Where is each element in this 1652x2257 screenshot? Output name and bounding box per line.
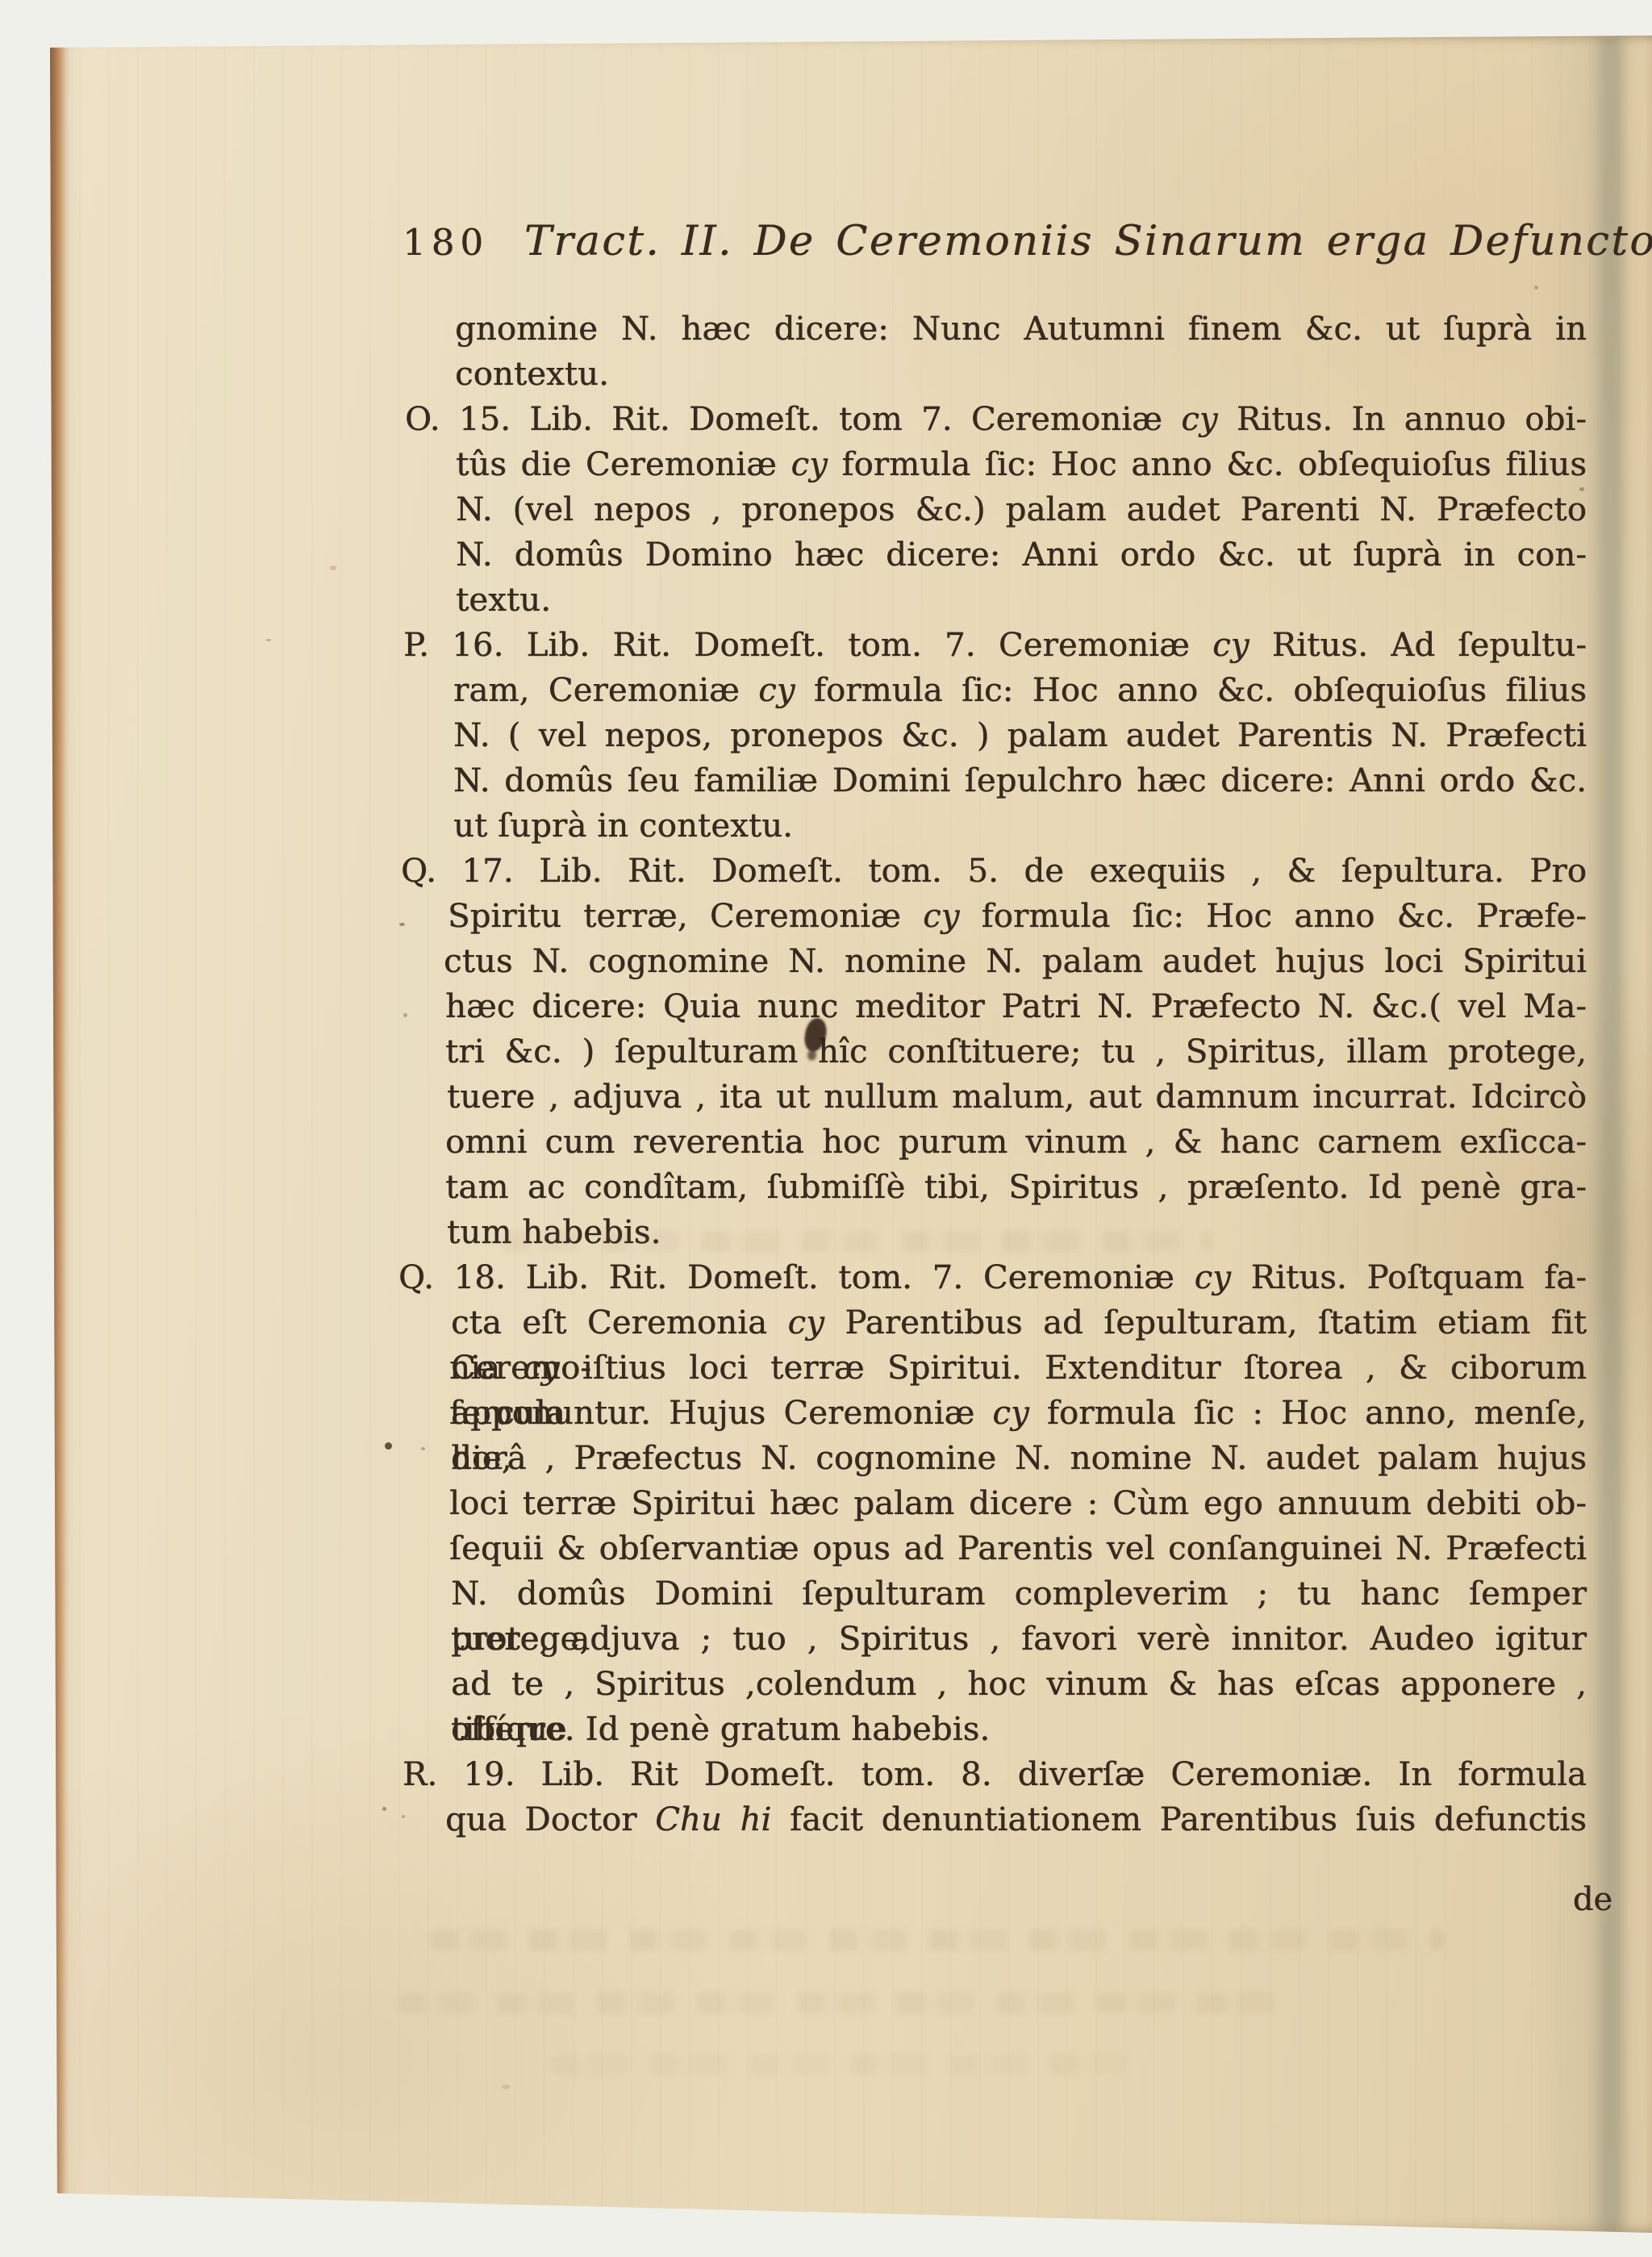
text-line: N. (vel nepos , pronepos &c.) palam aude… bbox=[456, 487, 1587, 532]
ghost-bleedthrough bbox=[397, 1992, 1284, 2013]
text-line: hæc dicere: Quia nunc meditor Patri N. P… bbox=[445, 984, 1587, 1029]
text-line: Q. 18. Lib. Rit. Domeſt. tom. 7. Ceremon… bbox=[398, 1255, 1587, 1300]
paper-speck bbox=[1579, 487, 1584, 491]
text-line: N. ( vel nepos, pronepos &c. ) palam aud… bbox=[453, 713, 1587, 758]
paper-speck bbox=[403, 1013, 407, 1017]
text-line: horâ , Præfectus N. cognomine N. nomine … bbox=[451, 1436, 1587, 1481]
scanned-book-page: 180 Tract. II. De Ceremoniis Sinarum erg… bbox=[0, 0, 1652, 2257]
text-line: R. 19. Lib. Rit Domeſt. tom. 8. diverſæ … bbox=[403, 1752, 1587, 1797]
text-line: tri &c. ) ſepulturam hîc conſtituere; tu… bbox=[445, 1029, 1587, 1074]
running-header: 180 Tract. II. De Ceremoniis Sinarum erg… bbox=[403, 218, 1532, 265]
paper-speck bbox=[382, 1807, 386, 1811]
page-number: 180 bbox=[403, 221, 489, 264]
text-line: O. 15. Lib. Rit. Domeſt. tom 7. Ceremoni… bbox=[405, 397, 1587, 442]
text-line: contextu. bbox=[455, 352, 1587, 397]
paper-speck bbox=[330, 565, 336, 570]
text-line: tûs die Ceremoniæ cy formula ſic: Hoc an… bbox=[456, 442, 1587, 487]
ghost-bleedthrough bbox=[502, 1231, 1212, 1252]
text-line: N. domûs ſeu familiæ Domini ſepulchro hæ… bbox=[453, 758, 1587, 803]
text-line: loci terræ Spiritui hæc palam dicere : C… bbox=[449, 1481, 1587, 1526]
text-line: Q. 17. Lib. Rit. Domeſt. tom. 5. de exeq… bbox=[401, 849, 1587, 894]
paper-speck bbox=[421, 1447, 425, 1450]
paper-speck bbox=[266, 639, 271, 641]
text-line: offerre. Id penè gratum habebis. bbox=[451, 1707, 1587, 1752]
text-line: tuere , adjuva , ita ut nullum malum, au… bbox=[447, 1074, 1587, 1120]
text-line: gnomine N. hæc dicere: Nunc Autumni fine… bbox=[455, 307, 1587, 352]
text-line: tam ac condîtam, ſubmiſſè tibi, Spiritus… bbox=[445, 1165, 1587, 1210]
text-line: Spiritu terræ, Ceremoniæ cy formula ſic:… bbox=[448, 894, 1587, 939]
text-line: textu. bbox=[456, 578, 1587, 623]
paper-speck bbox=[502, 2084, 510, 2089]
running-title: Tract. II. De Ceremoniis Sinarum erga De… bbox=[524, 218, 1652, 265]
text-line: tuere, adjuva ; tuo , Spiritus , favori … bbox=[451, 1617, 1587, 1662]
text-line: N. domûs Domino hæc dicere: Anni ordo &c… bbox=[456, 532, 1587, 578]
paper-speck bbox=[385, 1442, 392, 1450]
text-line: ſequii & obſervantiæ opus ad Parentis ve… bbox=[449, 1526, 1587, 1571]
paper-speck bbox=[402, 1815, 405, 1818]
text-line: qua Doctor Chu hi facit denuntiationem P… bbox=[445, 1797, 1587, 1842]
text-line: ctus N. cognomine N. nomine N. palam aud… bbox=[444, 939, 1587, 984]
paper-speck bbox=[1534, 286, 1538, 290]
text-line: ut ſuprà in contextu. bbox=[453, 803, 1587, 849]
ghost-bleedthrough bbox=[429, 1930, 1445, 1950]
text-line: P. 16. Lib. Rit. Domeſt. tom. 7. Ceremon… bbox=[403, 623, 1587, 668]
book-page: 180 Tract. II. De Ceremoniis Sinarum erg… bbox=[50, 35, 1652, 2233]
text-line: ram, Ceremoniæ cy formula ſic: Hoc anno … bbox=[453, 668, 1587, 713]
ghost-bleedthrough bbox=[550, 2054, 1131, 2075]
text-line: omni cum reverentia hoc purum vinum , & … bbox=[445, 1120, 1587, 1165]
page-fore-edge bbox=[50, 35, 69, 2233]
paper-speck bbox=[399, 923, 405, 926]
catchword: de bbox=[1370, 1881, 1612, 1918]
